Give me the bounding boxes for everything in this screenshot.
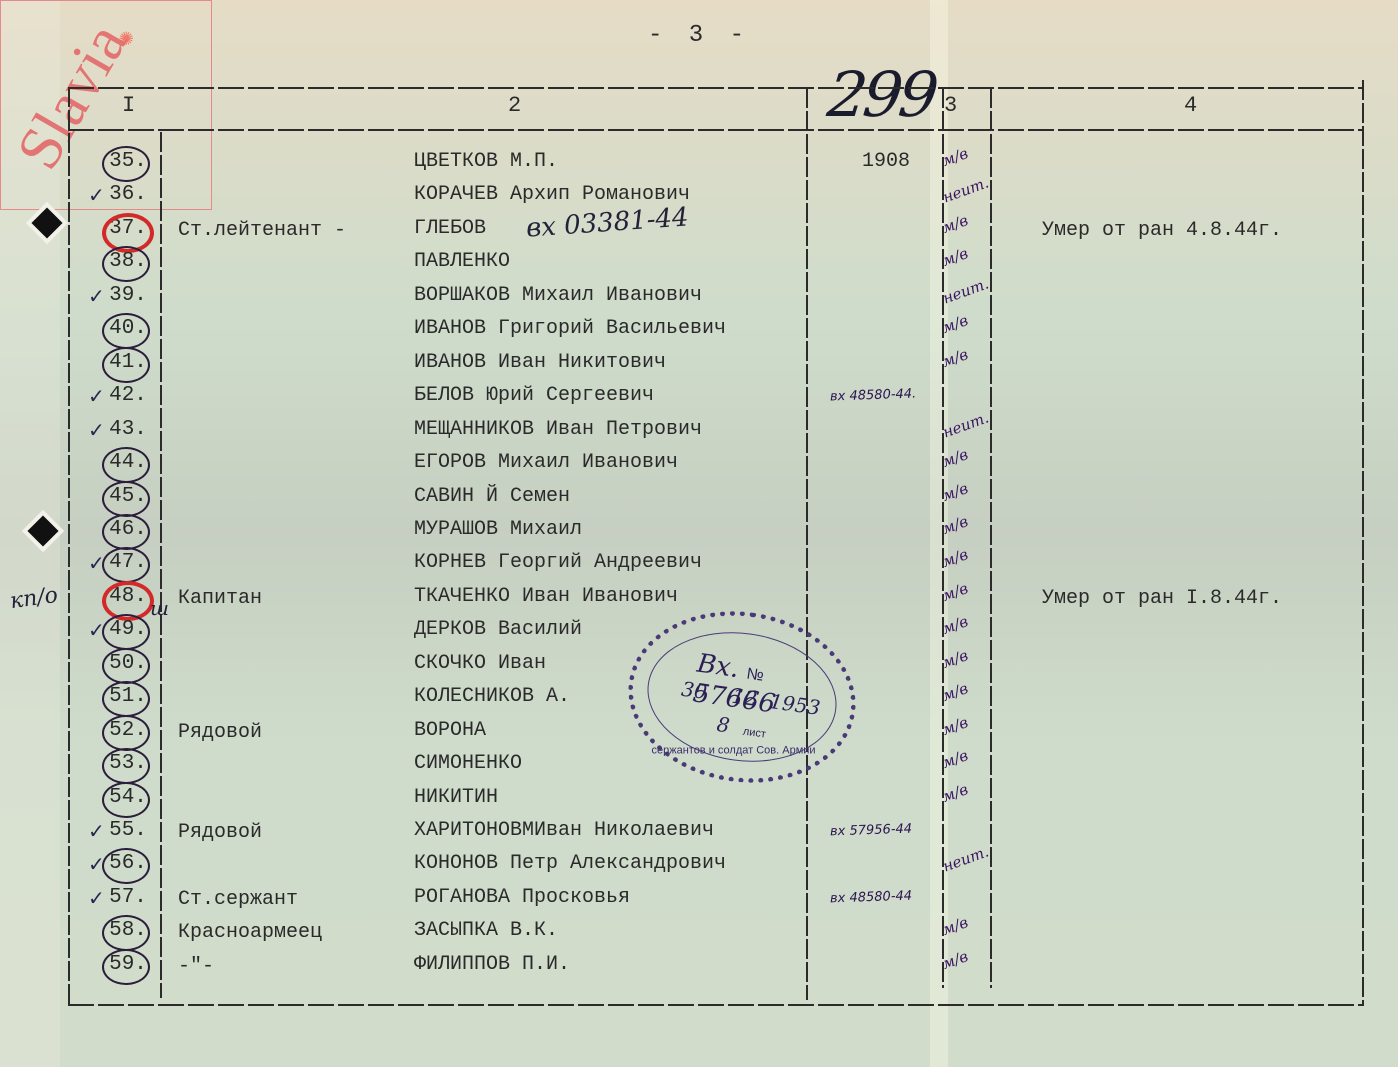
birth-year: 1908 [862, 150, 910, 173]
incoming-reference: вх 57956-44 [830, 822, 913, 840]
page-number: - 3 - [648, 22, 750, 49]
rank: Капитан [178, 587, 262, 610]
column-header-1: I [122, 93, 135, 118]
row-number: 54. [108, 786, 148, 809]
stamp-sheets-label: лист [742, 726, 767, 741]
soldier-name: ИВАНОВ Григорий Васильевич [414, 317, 726, 340]
soldier-name: ВОРОНА [414, 719, 486, 742]
check-mark: ✓ [88, 819, 105, 843]
status-mark: м/в [940, 780, 971, 806]
status-mark: м/в [940, 646, 971, 672]
soldier-name: ЕГОРОВ Михаил Иванович [414, 451, 678, 474]
rank: -"- [178, 955, 214, 978]
table-row: 37.Ст.лейтенант -ГЛЕБОВм/вУмер от ран 4.… [0, 215, 1398, 249]
soldier-name: НИКИТИН [414, 786, 498, 809]
row-number: 39. [108, 284, 148, 307]
table-row: ✓56.КОНОНОВ Петр Александровичнеит. [0, 850, 1398, 884]
rank: Красноармеец [178, 921, 322, 944]
status-mark: м/в [940, 144, 971, 170]
row-number: 38. [108, 250, 148, 273]
row-number: 49. [108, 618, 148, 641]
row-number: 40. [108, 317, 148, 340]
row-number: 43. [108, 418, 148, 441]
table-row: ✓57.Ст.сержантРОГАНОВА Просковьявх 48580… [0, 884, 1398, 918]
table-row: ✓36.КОРАЧЕВ Архип Романовичнеит. [0, 181, 1398, 215]
remark: Умер от ран 4.8.44г. [1042, 219, 1282, 242]
row-number: 37. [108, 217, 148, 240]
soldier-name: БЕЛОВ Юрий Сергеевич [414, 384, 654, 407]
soldier-name: МЕЩАННИКОВ Иван Петрович [414, 418, 702, 441]
row48-tick-mark: ш [150, 596, 169, 620]
status-mark: м/в [940, 244, 971, 270]
rank: Рядовой [178, 821, 262, 844]
table-row: 44.ЕГОРОВ Михаил Ивановичм/в [0, 449, 1398, 483]
table-row: 38.ПАВЛЕНКОм/в [0, 248, 1398, 282]
soldier-name: КОРАЧЕВ Архип Романович [414, 183, 690, 206]
status-mark: м/в [940, 512, 971, 538]
table-row: 48.КапитанТКАЧЕНКО Иван Ивановичм/вУмер … [0, 583, 1398, 617]
row-number: 58. [108, 919, 148, 942]
soldier-name: КОЛЕСНИКОВ А. [414, 685, 570, 708]
status-mark: м/в [940, 311, 971, 337]
table-row: ✓47.КОРНЕВ Георгий Андреевичм/в [0, 549, 1398, 583]
row-number: 51. [108, 685, 148, 708]
table-row: 59.-"-ФИЛИППОВ П.И.м/в [0, 951, 1398, 985]
row-number: 57. [108, 886, 148, 909]
table-row: ✓39.ВОРШАКОВ Михаил Ивановичнеит. [0, 282, 1398, 316]
row-number: 48. [108, 585, 148, 608]
row-number: 53. [108, 752, 148, 775]
row-number: 56. [108, 852, 148, 875]
soldier-name: ТКАЧЕНКО Иван Иванович [414, 585, 678, 608]
soldier-name: ФИЛИППОВ П.И. [414, 953, 570, 976]
stamp-day: 30 [680, 677, 709, 704]
soldier-name: САВИН Й Семен [414, 485, 570, 508]
table-row: 40.ИВАНОВ Григорий Васильевичм/в [0, 315, 1398, 349]
status-mark: м/в [940, 947, 971, 973]
soldier-name: СИМОНЕНКО [414, 752, 522, 775]
column-header-2: 2 [508, 93, 521, 118]
status-mark: м/в [940, 746, 971, 772]
column-header-3: 3 [944, 93, 957, 118]
row-number: 36. [108, 183, 148, 206]
soldier-name: КОНОНОВ Петр Александрович [414, 852, 726, 875]
table-bottom-border [68, 1004, 1364, 1006]
soldier-name: МУРАШОВ Михаил [414, 518, 582, 541]
table-top-border [68, 87, 1364, 89]
soldier-name: ЦВЕТКОВ М.П. [414, 150, 558, 173]
soldier-name: ИВАНОВ Иван Никитович [414, 351, 666, 374]
soldier-name: КОРНЕВ Георгий Андреевич [414, 551, 702, 574]
table-row: 41.ИВАНОВ Иван Никитовичм/в [0, 349, 1398, 383]
status-mark: м/в [940, 913, 971, 939]
remark: Умер от ран I.8.44г. [1042, 587, 1282, 610]
table-row: 54.НИКИТИНм/в [0, 784, 1398, 818]
status-mark: м/в [940, 679, 971, 705]
status-mark: м/в [940, 211, 971, 237]
check-mark: ✓ [88, 284, 105, 308]
check-mark: ✓ [88, 384, 105, 408]
row-number: 52. [108, 719, 148, 742]
soldier-name: СКОЧКО Иван [414, 652, 546, 675]
stamp-month: 12 [730, 684, 759, 711]
status-mark: м/в [940, 612, 971, 638]
rank: Рядовой [178, 721, 262, 744]
row-number: 42. [108, 384, 148, 407]
table-row: ✓42.БЕЛОВ Юрий Сергеевичвх 48580-44. [0, 382, 1398, 416]
soldier-name: ПАВЛЕНКО [414, 250, 510, 273]
check-mark: ✓ [88, 886, 105, 910]
status-mark: м/в [940, 545, 971, 571]
check-mark: ✓ [88, 418, 105, 442]
column-header-4: 4 [1184, 93, 1197, 118]
row-number: 50. [108, 652, 148, 675]
stamp-sheets-count: 8 [715, 712, 731, 738]
table-row: 35.ЦВЕТКОВ М.П.1908м/в [0, 148, 1398, 182]
rank: Ст.сержант [178, 888, 298, 911]
table-row: 45.САВИН Й Семенм/в [0, 483, 1398, 517]
sheet-number-handwritten: 299 [824, 58, 938, 131]
soldier-name: ХАРИТОНОВМИван Николаевич [414, 819, 714, 842]
soldier-name: ВОРШАКОВ Михаил Иванович [414, 284, 702, 307]
stamp-bottom-text: сержантов и солдат Сов. Армии [651, 744, 815, 756]
table-row: ✓43.МЕЩАННИКОВ Иван Петровичнеит. [0, 416, 1398, 450]
stamp-number-label: № [745, 665, 764, 684]
soldier-name: ЗАСЫПКА В.К. [414, 919, 558, 942]
table-row: 58.КрасноармеецЗАСЫПКА В.К.м/в [0, 917, 1398, 951]
row-number: 35. [108, 150, 148, 173]
soldier-name: РОГАНОВА Просковья [414, 886, 630, 909]
row-number: 44. [108, 451, 148, 474]
status-mark: м/в [940, 345, 971, 371]
table-row: ✓55.РядовойХАРИТОНОВМИван Николаевичвх 5… [0, 817, 1398, 851]
row-number: 55. [108, 819, 148, 842]
status-mark: м/в [940, 713, 971, 739]
table-row: 46.МУРАШОВ Михаилм/в [0, 516, 1398, 550]
incoming-reference: вх 48580-44. [830, 387, 917, 405]
status-mark: м/в [940, 579, 971, 605]
row-number: 41. [108, 351, 148, 374]
row-number: 46. [108, 518, 148, 541]
soldier-name: ГЛЕБОВ [414, 217, 486, 240]
status-mark: м/в [940, 479, 971, 505]
status-mark: м/в [940, 445, 971, 471]
row-number: 45. [108, 485, 148, 508]
rank: Ст.лейтенант - [178, 219, 346, 242]
soldier-name: ДЕРКОВ Василий [414, 618, 582, 641]
header-bottom-border [68, 129, 1364, 131]
check-mark: ✓ [88, 183, 105, 207]
incoming-reference: вх 48580-44 [830, 888, 913, 906]
row-number: 59. [108, 953, 148, 976]
row-number: 47. [108, 551, 148, 574]
